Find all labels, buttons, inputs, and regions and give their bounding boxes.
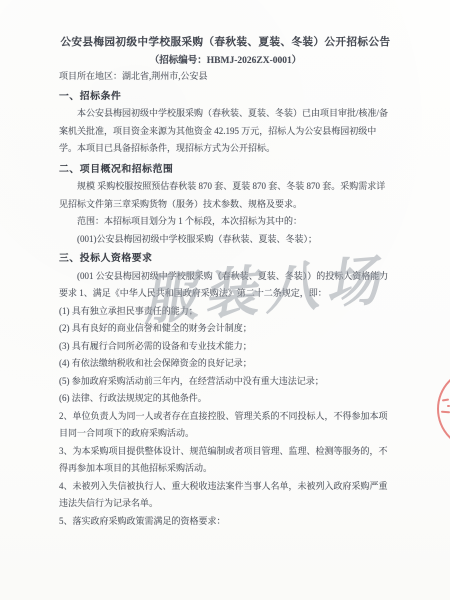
qualification-item-5: (5) 参加政府采购活动前三年内，在经营活动中没有重大违法记录； bbox=[59, 373, 392, 391]
qualification-item-1: (1) 具有独立承担民事责任的能力； bbox=[59, 303, 392, 321]
qualification-item-3: (3) 具有履行合同所必需的设备和专业技术能力； bbox=[59, 338, 392, 356]
section-2-scope-paragraph: 范围：本招标项目划分为 1 个标段，本次招标为其中的： bbox=[59, 213, 392, 231]
section-2-scale-paragraph: 规模 采购校服按照预估春秋装 870 套、夏装 870 套、冬装 870 套。采… bbox=[59, 178, 392, 213]
requirement-paragraph-3: 3、为本采购项目提供整体设计、规范编制或者项目管理、监理、检测等服务的，不得再参… bbox=[59, 443, 392, 478]
section-3-heading: 三、投标人资格要求 bbox=[59, 250, 392, 268]
stamp-inner-mark bbox=[441, 411, 450, 414]
section-2-lot-paragraph: (001)公安县梅园初级中学校服采购（春秋装、夏装、冬装）； bbox=[59, 231, 392, 249]
requirement-paragraph-5: 5、落实政府采购政策需满足的资格要求： bbox=[59, 513, 392, 531]
section-1-heading: 一、招标条件 bbox=[59, 88, 392, 106]
qualification-item-6: (6) 法律、行政法规规定的其他条件。 bbox=[59, 390, 392, 408]
section-1-paragraph: 本公安县梅园初级中学校服采购（春秋装、夏装、冬装）已由项目审批/核准/备案机关批… bbox=[59, 105, 392, 158]
tender-number: （招标编号：HBMJ-2026ZX-0001） bbox=[59, 54, 392, 68]
project-location-line: 项目所在地区：湖北省,荆州市,公安县 bbox=[59, 68, 392, 86]
section-2-heading: 二、项目概况和招标范围 bbox=[59, 161, 392, 179]
red-seal-stamp-icon bbox=[437, 368, 450, 450]
stamp-inner-mark bbox=[442, 399, 449, 402]
section-3-intro-paragraph: (001 公安县梅园初级中学校服采购（春秋装、夏装、冬装））的投标人资格能力要求… bbox=[59, 268, 392, 303]
qualification-item-4: (4) 有依法缴纳税收和社会保障资金的良好记录； bbox=[59, 355, 392, 373]
document-title: 公安县梅园初级中学校服采购（春秋装、夏装、冬装）公开招标公告 bbox=[59, 36, 392, 50]
requirement-paragraph-2: 2、单位负责人为同一人或者存在直接控股、管理关系的不同投标人，不得参加本项目同一… bbox=[59, 408, 392, 443]
qualification-item-2: (2) 具有良好的商业信誉和健全的财务会计制度； bbox=[59, 320, 392, 338]
requirement-paragraph-4: 4、未被列入失信被执行人、重大税收违法案件当事人名单，未被列入政府采购严重违法失… bbox=[59, 478, 392, 513]
document-body: 公安县梅园初级中学校服采购（春秋装、夏装、冬装）公开招标公告 （招标编号：HBM… bbox=[59, 36, 392, 530]
scanned-document-page: 公安县梅园初级中学校服采购（春秋装、夏装、冬装）公开招标公告 （招标编号：HBM… bbox=[0, 0, 450, 600]
